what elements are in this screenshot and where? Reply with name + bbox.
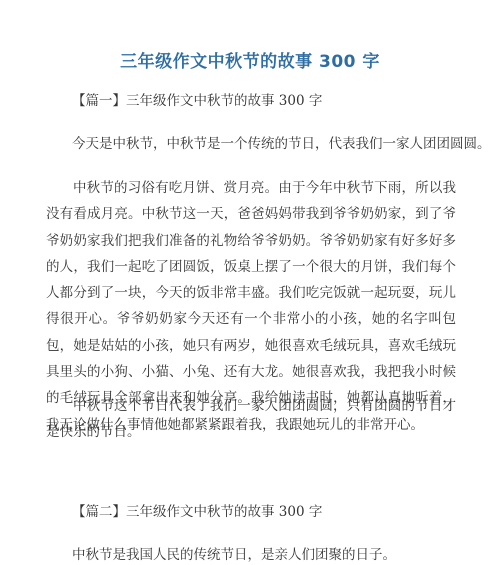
paragraph-3: 中秋节这个节日代表了我们一家人团团圆圆，只有团圆的节日才是快乐的节日。 <box>46 393 456 446</box>
paragraph-1: 今天是中秋节，中秋节是一个传统的节日，代表我们一家人团团圆圆。 <box>72 132 491 152</box>
paragraph-4: 中秋节是我国人民的传统节日，是亲人们团聚的日子。 <box>72 543 396 563</box>
document-title: 三年级作文中秋节的故事 300 字 <box>0 47 500 72</box>
section-heading-1: 【篇一】三年级作文中秋节的故事 300 字 <box>72 89 322 109</box>
section-heading-2: 【篇二】三年级作文中秋节的故事 300 字 <box>72 500 322 520</box>
